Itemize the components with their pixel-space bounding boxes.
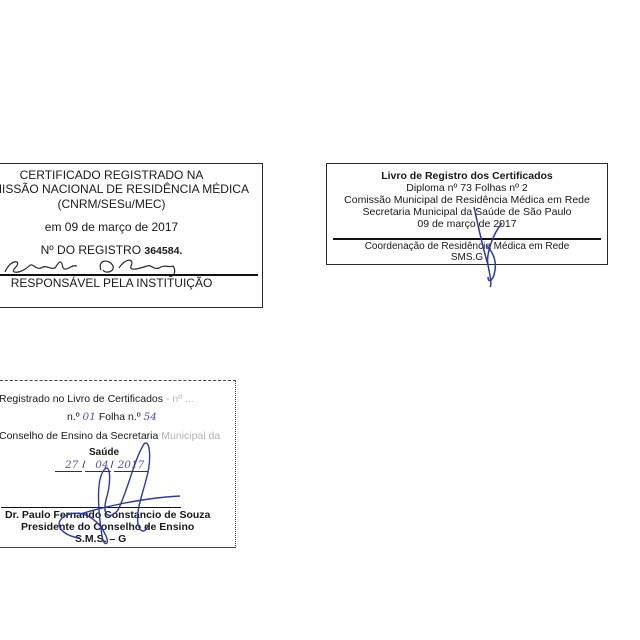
cnrm-footer: RESPONSÁVEL PELA INSTITUIÇÃO bbox=[0, 276, 262, 290]
livro-date: 09 de março de 2017 bbox=[327, 218, 607, 230]
conselho-ensino-stamp: Registrado no Livro de Certificados - nº… bbox=[0, 380, 236, 548]
conselho-line-4: Saúde bbox=[89, 447, 119, 458]
livro-signature-line bbox=[333, 238, 601, 240]
conselho-line-3: Conselho de Ensino da Secretaria Municip… bbox=[0, 430, 220, 442]
conselho-line-3-text: Conselho de Ensino da Secretaria bbox=[0, 430, 158, 442]
cnrm-registro-label: Nº DO REGISTRO bbox=[41, 243, 141, 257]
conselho-line-3-faded: Municipal da bbox=[161, 430, 220, 442]
cnrm-line-1: CERTIFICADO REGISTRADO NA bbox=[0, 168, 262, 182]
livro-registro-stamp: Livro de Registro dos Certificados Diplo… bbox=[326, 163, 608, 265]
cnrm-line-2: COMISSÃO NACIONAL DE RESIDÊNCIA MÉDICA bbox=[0, 182, 262, 196]
cnrm-registro-number: 364584. bbox=[144, 245, 182, 257]
conselho-date-month: 04 bbox=[85, 459, 110, 472]
conselho-signatory: Dr. Paulo Fernando Constancio de Souza bbox=[5, 509, 210, 521]
conselho-numero-label: n.º bbox=[67, 411, 80, 423]
cnrm-registration-stamp: CERTIFICADO REGISTRADO NA COMISSÃO NACIO… bbox=[0, 163, 263, 308]
conselho-folha-label: Folha n.º bbox=[99, 411, 141, 423]
conselho-date: 27/04/2017 bbox=[55, 459, 148, 471]
conselho-role: Presidente do Conselho de Ensino bbox=[21, 521, 194, 533]
livro-line-4: Secretaria Municipal da Saúde de São Pau… bbox=[327, 206, 607, 218]
livro-footer-2: SMS.G bbox=[327, 252, 607, 263]
cnrm-line-3: (CNRM/SESu/MEC) bbox=[0, 197, 262, 211]
livro-line-2: Diploma nº 73 Folhas nº 2 bbox=[327, 182, 607, 194]
conselho-line-1-faded: - nº ... bbox=[166, 393, 194, 405]
conselho-signature-line bbox=[1, 507, 181, 508]
cnrm-registro: Nº DO REGISTRO 364584. bbox=[0, 243, 262, 257]
conselho-numero-folha: n.º 01 Folha n.º 54 bbox=[67, 411, 157, 423]
conselho-line-1-text: Registrado no Livro de Certificados bbox=[0, 393, 163, 405]
conselho-org: S.M.S. – G bbox=[75, 533, 126, 545]
conselho-date-day: 27 bbox=[55, 459, 82, 472]
livro-footer-1: Coordenação de Residência Médica em Rede bbox=[327, 241, 607, 252]
conselho-line-1: Registrado no Livro de Certificados - nº… bbox=[0, 393, 194, 405]
livro-title: Livro de Registro dos Certificados bbox=[327, 170, 607, 182]
conselho-date-year: 2017 bbox=[114, 459, 149, 472]
conselho-numero-value: 01 bbox=[83, 411, 96, 423]
cnrm-date: em 09 de março de 2017 bbox=[0, 220, 262, 234]
conselho-folha-value: 54 bbox=[144, 411, 157, 423]
livro-line-3: Comissão Municipal de Residência Médica … bbox=[327, 194, 607, 206]
